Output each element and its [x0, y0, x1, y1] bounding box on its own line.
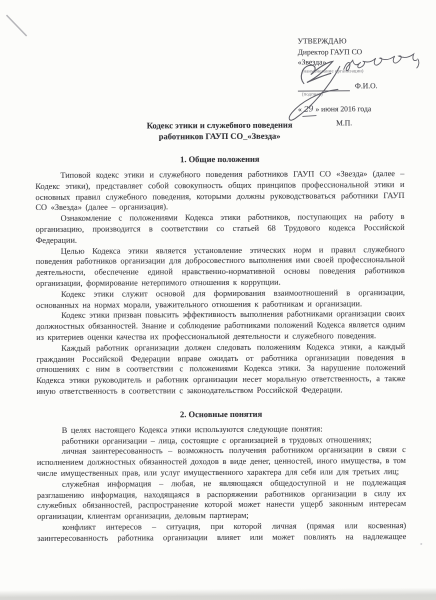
approval-date: «29» июня 2016 года [298, 104, 432, 116]
paragraph: Кодекс этики призван повысить эффективно… [36, 309, 405, 343]
org-name-hint: (наименование организации) [302, 68, 432, 75]
paper-speck [420, 543, 422, 545]
approval-org-name: «Звезда» [298, 57, 432, 68]
handwritten-day: 29 [301, 104, 316, 117]
section-2-heading: 2. Основные понятия [37, 408, 406, 421]
section-1-heading: 1. Общие положения [35, 153, 404, 166]
paragraph-cut-off: конфликт интересов – ситуация, при котор… [37, 521, 406, 545]
approval-position: Директор ГАУП СО [298, 46, 432, 57]
document-title: Кодекс этики и служебного поведения рабо… [35, 119, 404, 143]
paragraph: Кодекс этики служит основой для формиров… [36, 288, 405, 312]
fio-label: Ф.И.О. [355, 81, 378, 92]
paragraph: Ознакомление с положениями Кодекса этики… [36, 212, 405, 246]
approval-block: УТВЕРЖДАЮ Директор ГАУП СО «Звезда» (наи… [298, 36, 432, 129]
approval-word: УТВЕРЖДАЮ [298, 36, 432, 47]
paragraph: личная заинтересованность – возможность … [37, 445, 406, 479]
paragraph: служебная информация – любая, не являюща… [37, 478, 406, 523]
document-body: Кодекс этики и служебного поведения рабо… [35, 119, 406, 544]
signature-row: Ф.И.О. [298, 81, 432, 92]
corner-crease-mark [7, 15, 27, 36]
paragraph: Каждый работник организации должен следо… [36, 342, 405, 398]
paragraph: Типовой кодекс этики и служебного поведе… [35, 169, 404, 214]
page-bottom-edge-shadow [0, 588, 436, 600]
signature-hint: (подпись) [302, 91, 432, 98]
signature-line [298, 83, 350, 92]
date-rest: » июня 2016 года [315, 105, 371, 114]
scanned-page: УТВЕРЖДАЮ Директор ГАУП СО «Звезда» (наи… [0, 0, 436, 600]
paragraph: Целью Кодекса этики является установлени… [36, 245, 405, 290]
document-title-line2: работников ГАУП СО_«Звезда» [35, 130, 404, 143]
